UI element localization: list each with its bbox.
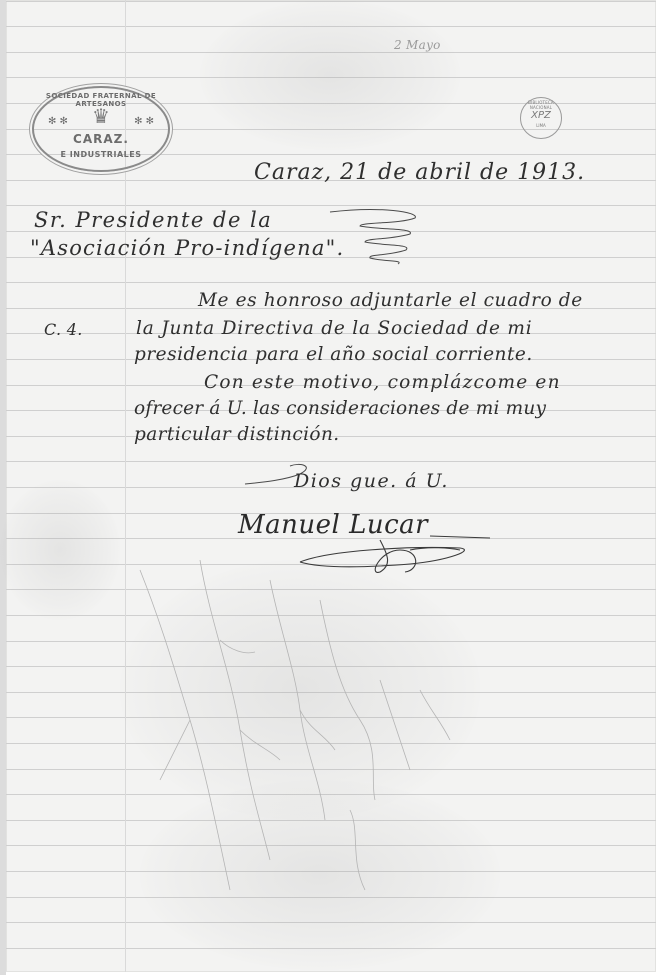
addressee-line-2: "Asociación Pro-indígena". <box>30 236 344 260</box>
crown-icon: ♛ <box>92 104 110 128</box>
star-icon: ✻ ✻ <box>48 116 68 127</box>
margin-note: C. 4. <box>44 320 83 339</box>
edge-stain <box>0 480 120 620</box>
body-line-6: particular distinción. <box>134 424 340 445</box>
body-line-3: presidencia para el año social corriente… <box>134 344 533 365</box>
society-stamp: SOCIEDAD FRATERNAL DE ARTESANOS ♛ ✻ ✻ ✻ … <box>32 86 170 172</box>
stamp-bottom-text: E INDUSTRIALES <box>34 150 168 159</box>
ruled-line <box>6 282 656 283</box>
body-line-2: la Junta Directiva de la Sociedad de mi <box>136 318 533 339</box>
library-stamp-code: XPZ <box>521 110 561 121</box>
addressee-flourish <box>320 204 430 274</box>
library-stamp-ring: BIBLIOTECA NACIONAL <box>521 100 561 110</box>
body-line-1: Me es honroso adjuntarle el cuadro de <box>198 290 583 311</box>
place-date: Caraz, 21 de abril de 1913. <box>254 160 585 185</box>
mould-branches <box>120 560 500 960</box>
star-icon: ✻ ✻ <box>134 116 154 127</box>
signature-rubric <box>260 520 510 580</box>
library-stamp: BIBLIOTECA NACIONAL XPZ LIMA <box>520 97 562 139</box>
body-line-5: ofrecer á U. las consideraciones de mi m… <box>134 398 546 419</box>
water-stain <box>200 0 460 150</box>
ruled-line <box>6 461 656 462</box>
closing-salutation: Dios gue. á U. <box>294 470 449 492</box>
addressee-line-1: Sr. Presidente de la <box>34 208 272 232</box>
library-stamp-sub: LIMA <box>521 123 561 128</box>
stamp-city: CARAZ. <box>34 132 168 146</box>
pencil-note: 2 Mayo <box>394 38 441 52</box>
body-line-4: Con este motivo, complázcome en <box>204 372 561 393</box>
